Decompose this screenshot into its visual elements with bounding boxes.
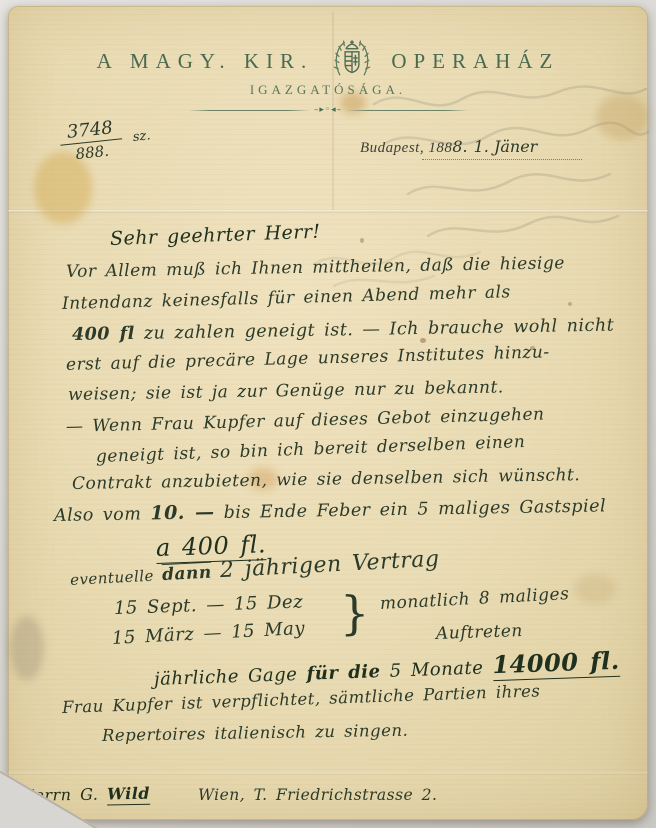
handwritten-line: geneigt ist, so bin ich bereit derselben… [96,432,526,467]
handwritten-text: 5 Monate [380,657,493,682]
handwritten-text: erst auf die precäre Lage unseres Instit… [66,342,550,375]
reference-number: 3748 888. sz. [58,113,152,164]
handwritten-text: 15 März — 15 May [111,618,305,649]
handwritten-text: Contrakt anzubieten, wie sie denselben s… [72,465,581,494]
letterhead-title-right: OPERAHÁZ [391,49,559,74]
handwritten-text: geneigt ist, so bin ich bereit derselben… [96,432,526,467]
handwritten-text: } [340,586,369,640]
reference-suffix: sz. [132,128,151,145]
handwritten-line: jährliche Gage für die 5 Monate 14000 fl… [153,646,620,691]
fox-speck [568,302,572,306]
opera-crest-icon [329,36,375,86]
stain [10,616,44,680]
letterhead-divider: –▸◦◂– [188,105,468,115]
handwritten-line: monatlich 8 maliges [379,584,569,614]
dateline-dotted-rule [422,159,582,160]
letterhead-title-left: A MAGY. KIR. [97,49,314,74]
dateline: Budapest, 1888.1. Jäner [360,137,537,157]
stain [574,574,616,604]
handwritten-text: Repertoires italienisch zu singen. [102,721,409,745]
handwritten-text: Wien, T. Friedrichstrasse 2. [198,786,437,804]
reference-fraction: 3748 888. [58,116,124,164]
handwritten-text: für die [306,661,381,685]
handwritten-text: weisen; sie ist ja zur Genüge nur zu bek… [68,377,504,405]
handwritten-line: 15 März — 15 May [111,618,305,649]
handwritten-line: Intendanz keinesfalls für einen Abend me… [62,282,511,314]
handwritten-text: dann [162,563,213,586]
divider-ornament: –▸◦◂– [314,105,342,115]
letterhead-subtitle: IGAZGATÓSÁGA. [8,82,648,98]
dateline-year-digit: 8. [452,137,467,156]
handwritten-line: } [340,586,369,640]
dateline-printed-text: Budapest, 188 [360,140,452,156]
handwritten-text: Intendanz keinesfalls für einen Abend me… [62,282,511,314]
handwritten-line: 15 Sept. — 15 Dez [114,591,304,619]
handwritten-line: 400 fl zu zahlen geneigt ist. — Ich brau… [72,316,615,345]
handwritten-text: — Wenn Frau Kupfer auf dieses Gebot einz… [66,404,545,437]
handwritten-text: 400 fl [72,324,135,345]
handwritten-text: Also vom [54,504,151,526]
verso-ink-bleedthrough [366,74,656,264]
handwritten-text: 15 Sept. — 15 Dez [114,591,304,619]
handwritten-line: Repertoires italienisch zu singen. [102,721,409,745]
fold-crease-horizontal [8,210,648,213]
handwritten-text: Frau Kupfer ist verpflichtet, sämtliche … [62,681,541,717]
handwritten-text: bis Ende Feber ein 5 maliges Gastspiel [214,496,606,523]
letter-paper: A MAGY. KIR. [8,6,648,820]
handwritten-line: — Wenn Frau Kupfer auf dieses Gebot einz… [66,404,545,437]
divider-line [346,110,468,111]
handwritten-line: weisen; sie ist ja zur Genüge nur zu bek… [68,377,504,405]
handwritten-text: Sehr geehrter Herr! [110,221,321,250]
divider-line [188,110,310,111]
handwritten-text: monatlich 8 maliges [379,584,569,614]
handwritten-line: Wien, T. Friedrichstrasse 2. [198,786,437,804]
handwritten-text: Vor Allem muß ich Ihnen mittheilen, daß … [66,253,565,282]
handwritten-text: Auftreten [436,621,524,644]
handwritten-line: Also vom 10. — bis Ende Feber ein 5 mali… [54,494,606,526]
stain [596,94,648,140]
handwritten-line: Frau Kupfer ist verpflichtet, sämtliche … [62,681,541,717]
handwritten-line: Vor Allem muß ich Ihnen mittheilen, daß … [66,253,565,282]
dateline-date: 1. Jäner [474,137,538,156]
handwritten-text: 14000 fl. [492,646,620,681]
handwritten-line: erst auf die precäre Lage unseres Instit… [66,342,550,375]
handwritten-text: Wild [107,784,150,806]
handwritten-line: Contrakt anzubieten, wie sie denselben s… [72,465,581,494]
fox-speck [360,238,364,243]
handwritten-text: zu zahlen geneigt ist. — Ich brauche woh… [135,316,615,344]
handwritten-text: eventuelle [70,566,163,589]
handwritten-line: Auftreten [436,621,524,644]
handwritten-line: Sehr geehrter Herr! [110,221,321,250]
fold-crease-horizontal-faint [8,772,648,775]
handwritten-text: jährliche Gage [154,664,307,690]
scanned-letter: A MAGY. KIR. [0,0,656,828]
handwritten-text: 10. — [150,501,215,524]
